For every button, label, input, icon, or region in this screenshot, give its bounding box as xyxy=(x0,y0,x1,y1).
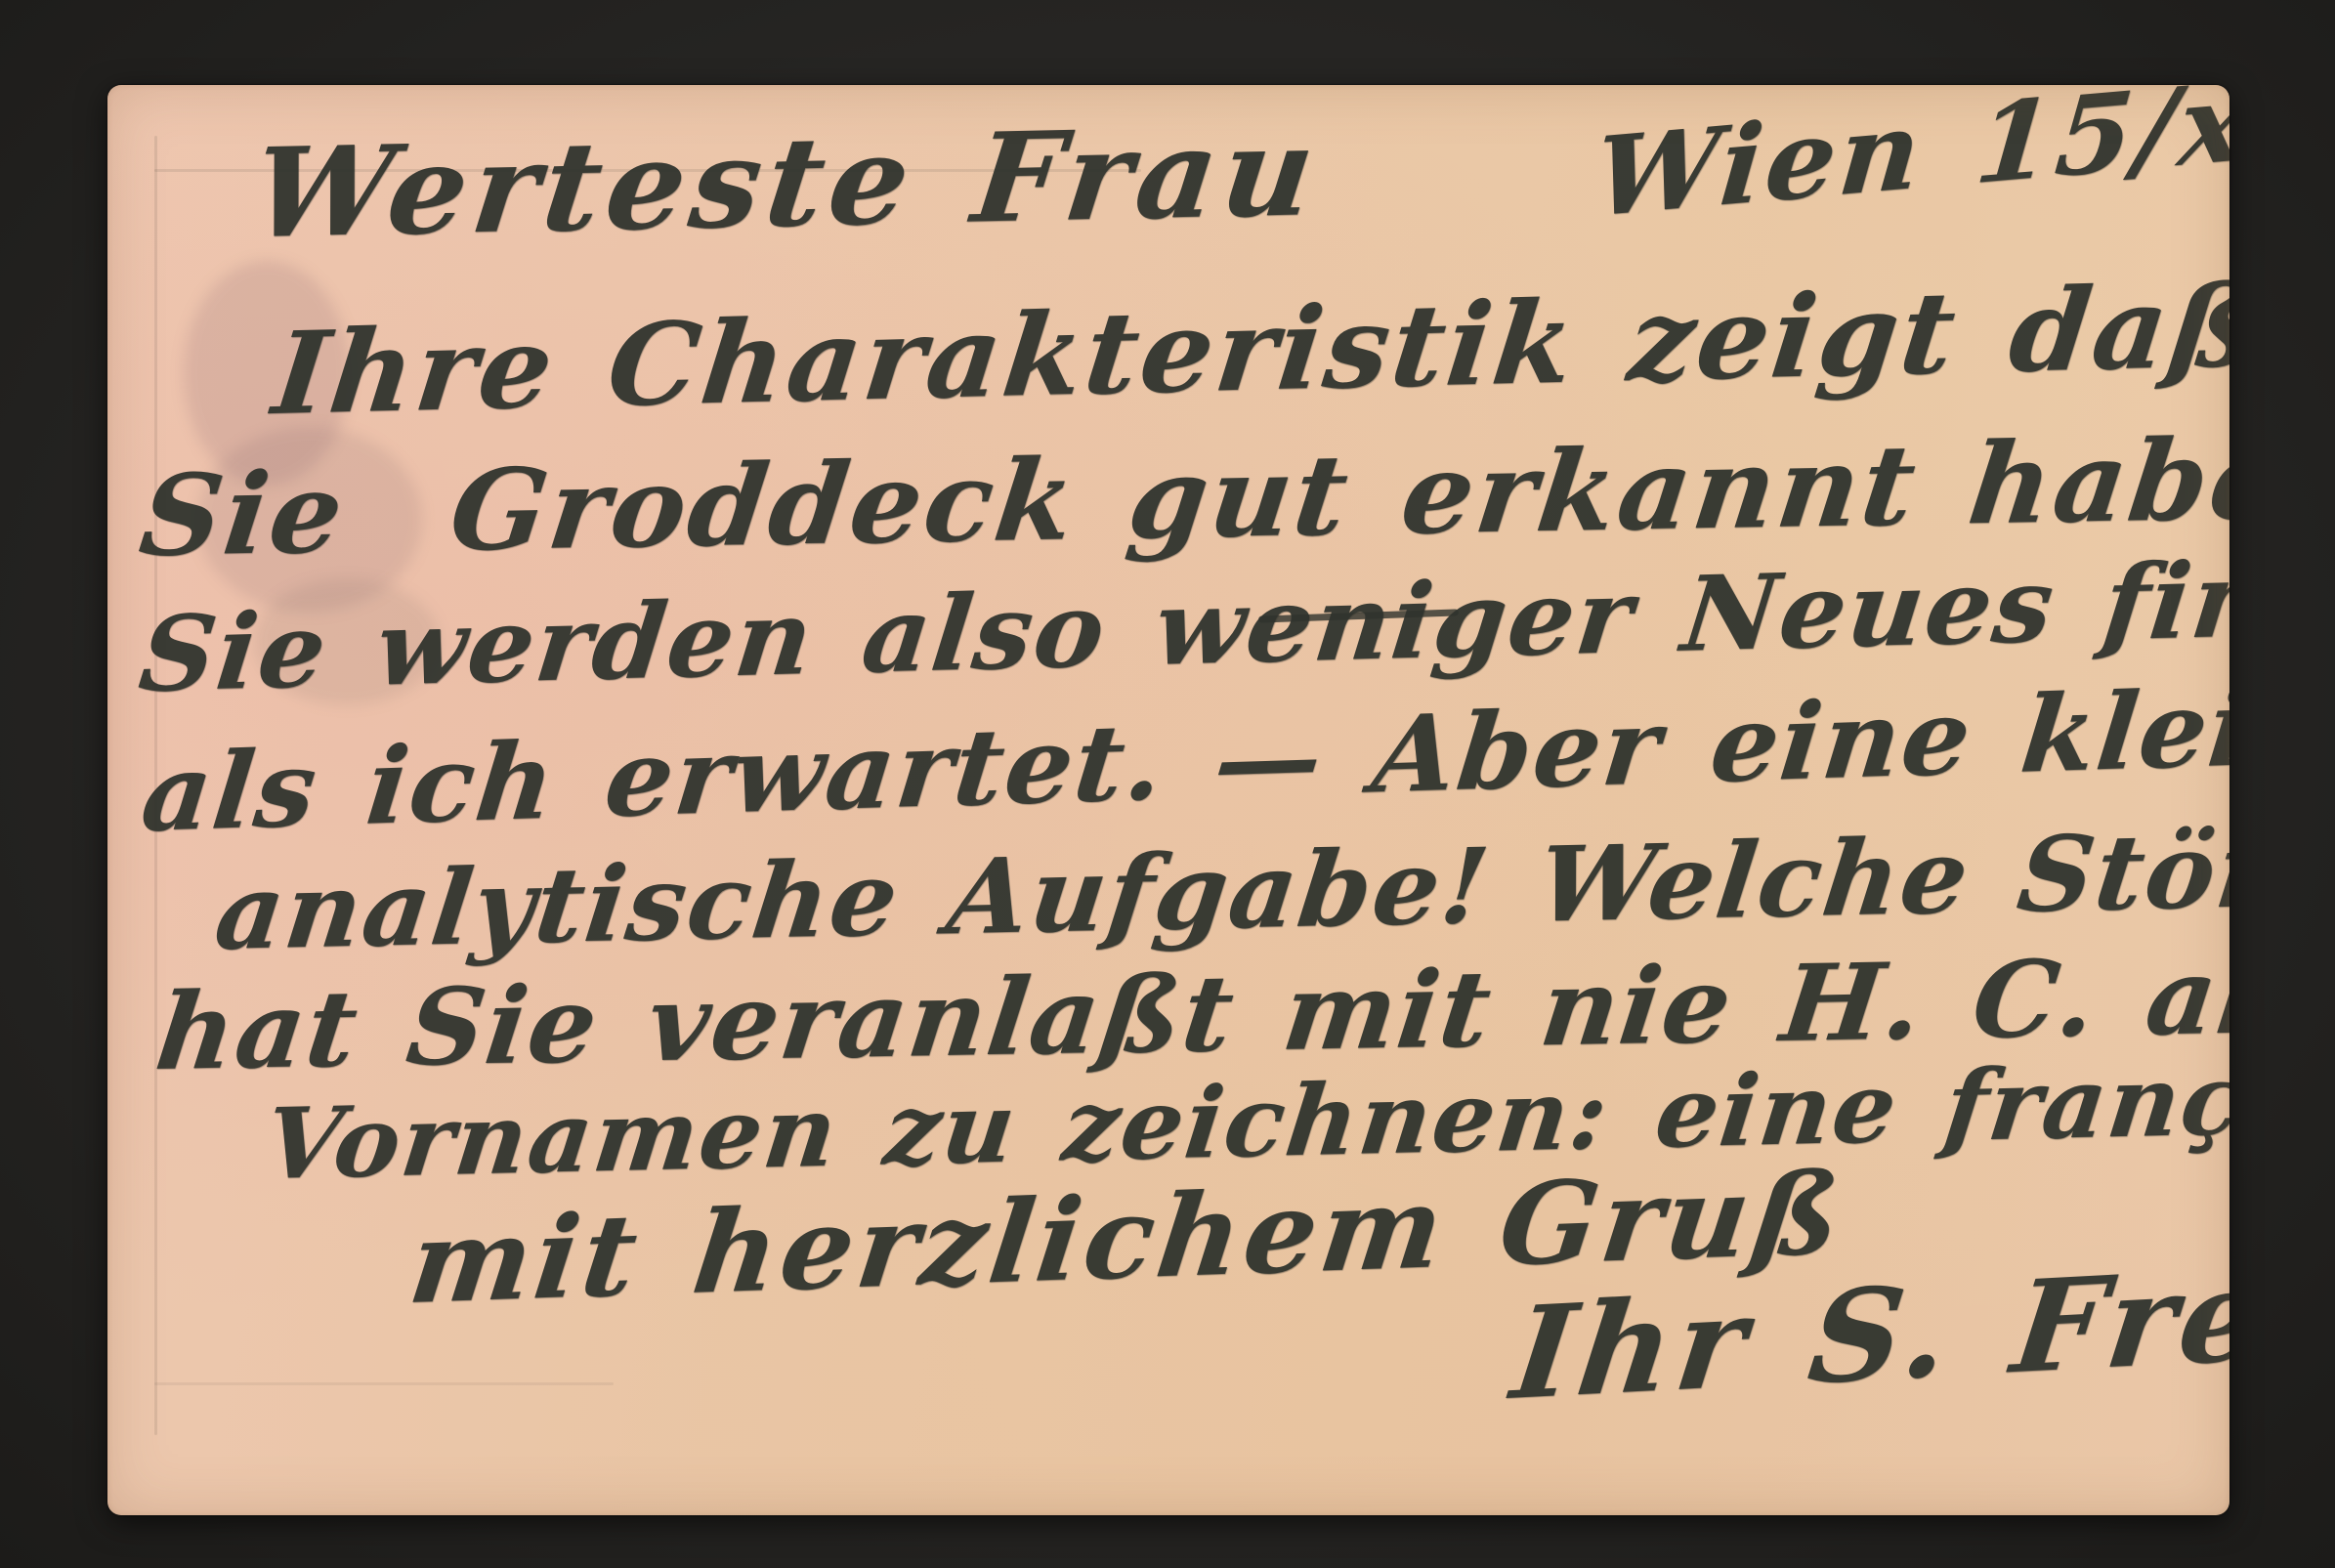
date-line: Wien 15/x 17 xyxy=(1591,85,2229,233)
postcard: Werteste Frau Wien 15/x 17 Ihre Charakte… xyxy=(107,85,2229,1515)
greeting-line: Werteste Frau xyxy=(247,109,1326,255)
photo-backdrop: Werteste Frau Wien 15/x 17 Ihre Charakte… xyxy=(0,0,2335,1568)
body-line-1: Ihre Charakteristik zeigt daß xyxy=(269,270,2229,431)
embossed-frame-bottom-line xyxy=(154,1382,614,1385)
